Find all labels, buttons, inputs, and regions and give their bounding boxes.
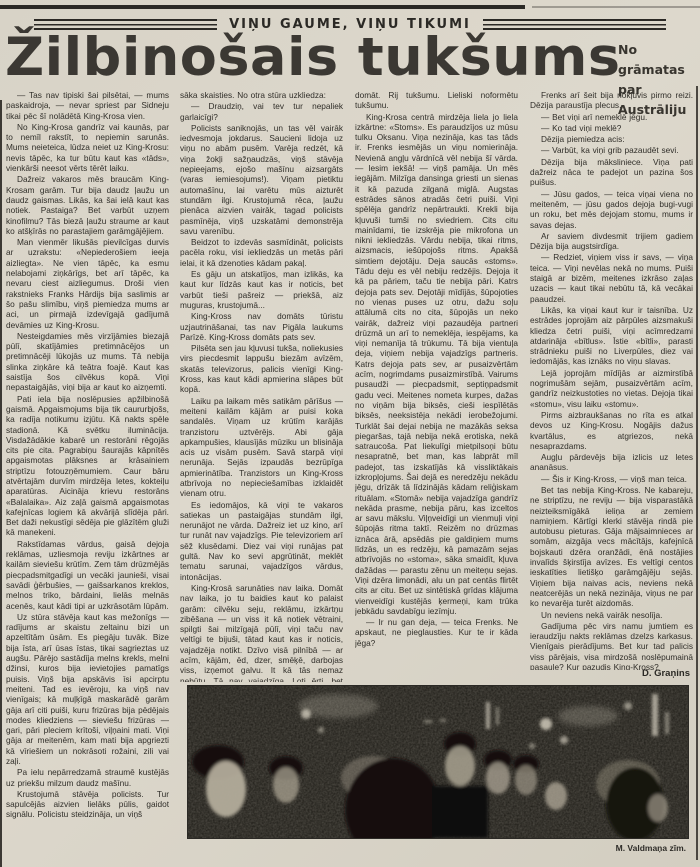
paragraph: Augļu pārdevējs bija izlicis uz letes an… [530,452,693,473]
right-edge-rule [696,86,698,860]
paragraph: Gadījuma pēc virs namu jumtiem es ieraud… [530,621,693,670]
paragraph: — Jūsu gados, — teica viņai viena no mei… [530,189,693,230]
paragraph: Ar saviem divdesmit trijiem gadiem Dēzij… [530,231,693,252]
subtitle-line-1: No grāmatas [618,40,700,80]
paragraph: — Šis ir King-Kross, — viņš man teica. [530,474,693,484]
illustration-caption: M. Valdmaņa zīm. [188,843,686,853]
paragraph: Pilsēta sen jau kļuvusi tukša, noliekusi… [180,343,343,394]
paragraph: domāt. Rij tukšumu. Lieliski noformētu t… [355,90,518,111]
left-edge-rule [0,100,2,867]
crowd-illustration-svg [188,686,688,838]
paragraph: Likās, ka viņai kaut kur ir taisnība. Uz… [530,305,693,367]
paragraph: Rakstīdamas vārdus, gaisā dejoja reklāma… [6,539,169,611]
paragraph: — Tas nav tipiski šai pilsētai, — mums p… [6,90,169,121]
paragraph: Pati iela bija noslēpusies apžilbinošā g… [6,394,169,538]
column-1: — Tas nav tipiski šai pilsētai, — mums p… [6,90,169,867]
crowd-illustration [188,686,688,838]
paragraph: — Varbūt, ka viņi grib pazaudēt sevi. [530,145,693,155]
paragraph: Frenks arī šeit bija nokļuvis pirmo reiz… [530,90,693,111]
paragraph: No King-Krosa gandrīz vai kaunās, par to… [6,122,169,173]
column-4: Frenks arī šeit bija nokļuvis pirmo reiz… [530,90,693,670]
paragraph: Dažreiz vakaros mēs braucām King-Krosam … [6,174,169,236]
paragraph: King-Krosā sarunāties nav laika. Domāt n… [180,583,343,682]
paragraph: Krustojumā stāvēja policists. Tur sapulc… [6,789,169,820]
paragraph: sāka skaisties. No otra stūra uzkliedza: [180,90,343,100]
paragraph: — Ko tad viņi meklē? [530,123,693,133]
paragraph: Es gāju un atskatījos, man izlikās, ka k… [180,269,343,310]
paragraph: Un neviens nekā vairāk nesolīja. [530,610,693,620]
top-rule-faint [532,6,700,8]
paragraph: Laiku pa laikam mēs satikām pārīšus — me… [180,396,343,499]
headline: Žilbinošais tukšums [5,26,621,88]
paragraph: Dēzija piemiedza acis: [530,134,693,144]
paragraph: Dēzija bija māksliniece. Viņa pati dažre… [530,157,693,188]
paragraph: Pa ielu nepārredzamā straumē kustējās uz… [6,767,169,788]
paragraph: — Redziet, viņiem viss ir savs, — viņa t… [530,252,693,303]
paragraph: King-Krosa centrā mirdzēja liela jo liel… [355,112,518,617]
paragraph: Bet tas nebija King-Kross. Ne kabareju, … [530,485,693,609]
paragraph: Lejā joprojām mīdījās ar aizmirstībā nog… [530,368,693,409]
paragraph: — Draudziņ, vai tev tur nepaliek garlaic… [180,101,343,122]
paragraph: Pirms aizbraukšanas no rīta es atkal dev… [530,410,693,451]
newspaper-page: VIŅU GAUME, VIŅU TIKUMI Žilbinošais tukš… [0,0,700,867]
column-2: sāka skaisties. No otra stūra uzkliedza:… [180,90,343,682]
paragraph: Nesteigdamies mēs virzījāmies biezajā pū… [6,331,169,393]
paragraph: King-Kross nav domāts tūristu uzjautrinā… [180,311,343,342]
paragraph: Es iedomājos, kā viņi te vakaros satieka… [180,500,343,582]
paragraph: Man vienmēr likušās pievilcīgas durvis a… [6,237,169,330]
top-rule [0,5,525,9]
paragraph: Uz stūra stāvēja kaut kas mežonīgs — rad… [6,612,169,766]
byline: D. Graņins [530,668,690,679]
column-3: domāt. Rij tukšumu. Lieliski noformētu t… [355,90,518,682]
paragraph: Beidzot to izdevās sasmīdināt, policists… [180,237,343,268]
paragraph: — Ir nu gan deja, — teica Frenks. Ne aps… [355,617,518,648]
article-body: — Tas nav tipiski šai pilsētai, — mums p… [6,90,694,867]
paragraph: Policists saniknojās, un tas vēl vairāk … [180,123,343,236]
paragraph: — Bet viņi arī nemeklē jēgu. [530,112,693,122]
